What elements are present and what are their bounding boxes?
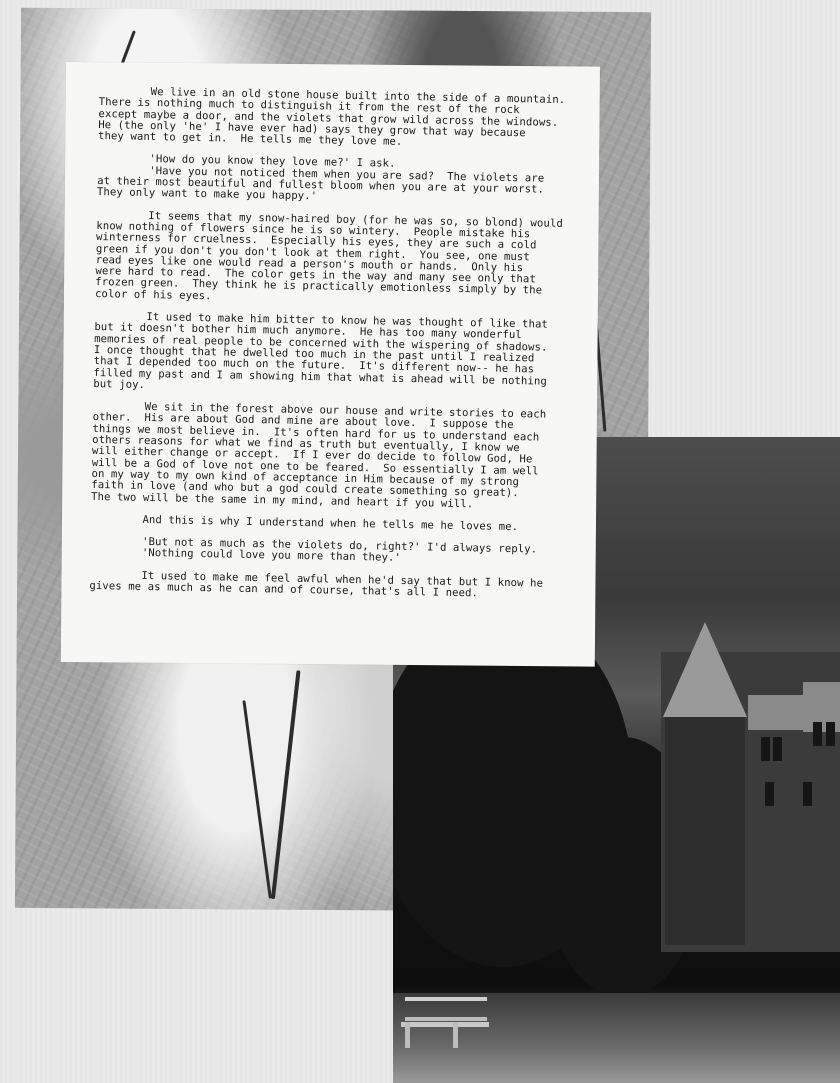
window	[761, 737, 770, 761]
bench-seat	[401, 1022, 489, 1027]
paragraph: We live in an old stone house built into…	[98, 86, 599, 152]
paragraph: 'How do you know they love me?' I ask. '…	[97, 153, 598, 208]
window	[826, 722, 835, 746]
bench-leg	[405, 1022, 410, 1048]
window	[765, 782, 774, 806]
paragraph: It used to make him bitter to know he wa…	[93, 311, 594, 400]
paragraph: 'But not as much as the violets do, righ…	[90, 536, 590, 568]
window	[813, 722, 822, 746]
window	[773, 737, 782, 761]
story-text: We live in an old stone house built into…	[89, 86, 599, 613]
paragraph: We sit in the forest above our house and…	[91, 401, 593, 512]
crack-decoration	[271, 670, 301, 899]
dormer	[748, 695, 803, 730]
bench	[405, 997, 487, 1021]
crack-decoration	[242, 700, 271, 899]
paragraph: It seems that my snow-haired boy (for he…	[95, 210, 597, 310]
bench-leg	[453, 1022, 458, 1048]
tower	[665, 715, 745, 945]
tower-roof	[663, 622, 747, 717]
paragraph: And this is why I understand when he tel…	[91, 514, 591, 535]
window	[803, 782, 812, 806]
paragraph: It used to make me feel awful when he'd …	[89, 570, 589, 602]
